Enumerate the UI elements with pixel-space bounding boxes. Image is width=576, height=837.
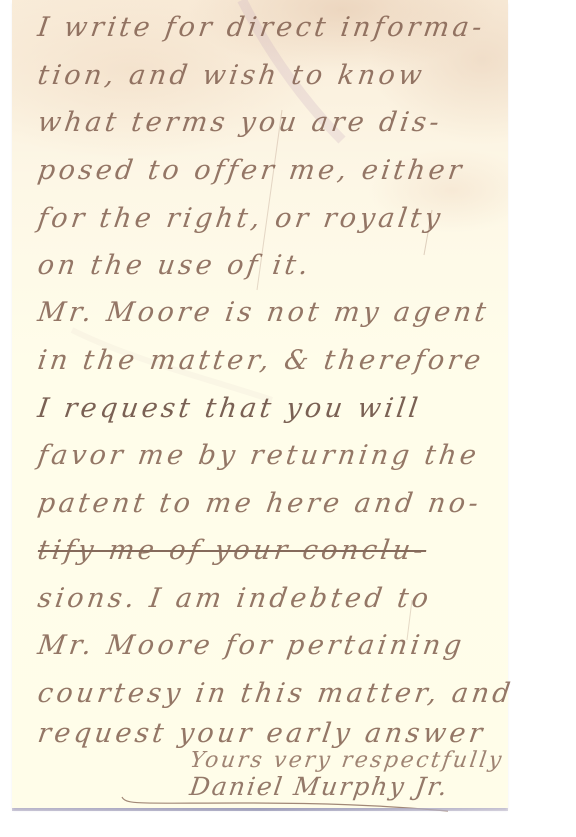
letter-line-2: tion, and wish to know bbox=[36, 60, 427, 91]
letter-line-7: Mr. Moore is not my agent bbox=[36, 297, 491, 328]
letter-line-9: I request that you will bbox=[36, 393, 423, 424]
letter-line-16: request your early answer bbox=[36, 718, 488, 749]
letter-line-11: patent to me here and no- bbox=[36, 488, 484, 519]
letter-line-5: for the right, or royalty bbox=[36, 203, 446, 234]
letter-closing: Yours very respectfully bbox=[188, 748, 505, 773]
letter-line-12: tify me of your conclu- bbox=[36, 535, 429, 566]
letter-line-3: what terms you are dis- bbox=[36, 107, 445, 138]
letter-line-10: favor me by returning the bbox=[36, 440, 482, 471]
letter-line-14: Mr. Moore for pertaining bbox=[36, 630, 467, 661]
letter-line-15: courtesy in this matter, and bbox=[36, 678, 516, 709]
letter-line-1: I write for direct informa- bbox=[36, 12, 487, 43]
letter-paper: I write for direct informa- tion, and wi… bbox=[12, 0, 508, 808]
letter-line-13: sions. I am indebted to bbox=[36, 583, 434, 614]
letter-line-8: in the matter, & therefore bbox=[36, 345, 486, 376]
letter-line-4: posed to offer me, either bbox=[36, 155, 467, 186]
signature-underline-flourish bbox=[120, 793, 450, 813]
letter-line-6: on the use of it. bbox=[36, 250, 314, 281]
